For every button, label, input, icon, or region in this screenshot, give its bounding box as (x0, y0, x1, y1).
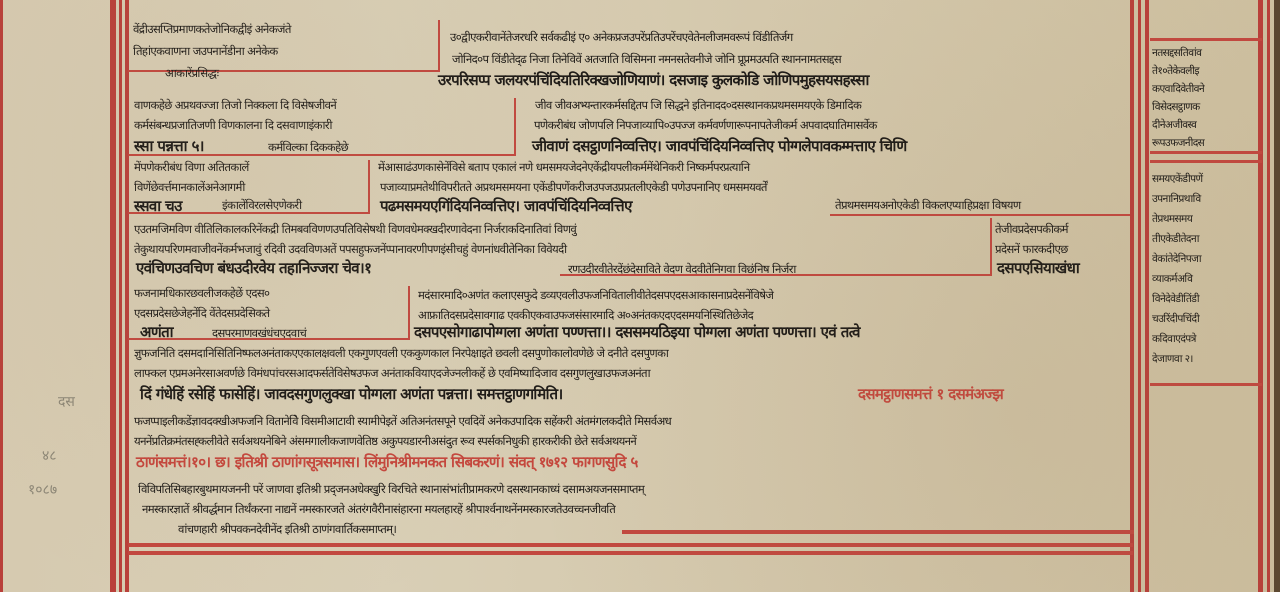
side-note-line: रूपउफजनीदस (1152, 136, 1204, 150)
text-line: पजाव्याप्रमतेथीविपरीतते अप्रथमसमयना एकें… (380, 180, 767, 195)
side-note-line: तीएकेडीतेदना (1152, 232, 1199, 246)
text-line: पढमसमयएगिंदियनिव्वत्तिए। जावपंचिंदियनिव्… (380, 196, 632, 216)
text-line: ज्ञुफजनिति दसमदानिसितिनिष्फलअनंताकएएकालक… (134, 346, 668, 361)
text-line: फजनामधिकारछवलीजकहेछें एदस० (134, 286, 269, 301)
text-line: आकारेंप्रसिद्धः (165, 66, 218, 81)
side-note-line: वेकांतेदेनिपजा (1152, 252, 1201, 266)
text-line: एवंचिणउवचिण बंधउदीरवेय तहानिज्जरा चेव।१ (136, 258, 371, 278)
far-right-rule (1267, 0, 1270, 592)
bottom-rule (128, 551, 1133, 555)
colophon-line: वांचणहारी श्रीपवकनदेवीनेंद इतिश्री ठाणंग… (178, 522, 396, 537)
side-note-line: देजाणवा २। (1152, 352, 1193, 366)
text-line: वाणकहेछे अप्रथवज्जा तिजो निक्कला दि विसे… (134, 98, 336, 113)
left-border-rule (110, 0, 116, 592)
text-line: दसपएसियाखंधा (997, 258, 1079, 278)
colophon-rubric: ठाणंसमत्तं।१०। छ। इतिश्री ठाणांगसूत्रसमा… (136, 452, 638, 472)
text-line: तेप्रथमसमयअनोएकेडी विकलएप्याहिप्रक्षा वि… (835, 198, 1021, 213)
text-line: स्सा पन्नत्ता ५। (134, 136, 204, 156)
text-line: जीव जीवअभ्यन्तारकर्मसद्दितप जि सिद्धने इ… (535, 98, 861, 113)
margin-note: ४८ (42, 446, 57, 465)
bottom-rule (128, 543, 1133, 547)
text-line: फजप्पाइलीकडेंज्ञावदक्खीअफजनि वितानेवेि व… (134, 414, 671, 429)
text-line: मदंसारमादि०अणंत कलाएसफुदे डव्यएवलीउफजनिव… (418, 288, 773, 303)
text-line: दसपएसोगाढापोग्गला अणंता पण्णत्ता।। दससमय… (414, 322, 860, 342)
bottom-rule (622, 530, 1134, 534)
side-note-line: विनेदेवेडीतिंडी (1152, 292, 1199, 306)
page-edge (1274, 0, 1280, 592)
text-frame (830, 214, 1130, 216)
side-note-line: व्याकर्मअवि (1152, 272, 1192, 286)
side-note-line: चउरिंदीपचिंदी (1152, 312, 1199, 326)
text-line: कर्मविल्का दिककहेछे (268, 140, 348, 155)
text-line: पणेकरीबंध जोणपलि निपजाव्यापि०उपज्ज कर्मव… (534, 118, 877, 133)
text-line: जोनिद०प विंडीतेद्ढ निजा तिनेविवें अतजाति… (452, 52, 841, 67)
text-line: प्रदेसनें फारकदीएछ (995, 242, 1068, 257)
text-line: मेंपणेकरीबंध विणा अतितकालें (134, 160, 249, 175)
text-line: रणउदीरवीतेरदेंछंदेसाविते वेदण वेदवीतेनिग… (568, 262, 796, 277)
side-note-line: ते१०तेकेवलीइ (1152, 64, 1199, 78)
text-line: एदसप्रदेसछेजेहनेंदि वेंतेदसप्रदेसिकते (134, 306, 270, 321)
side-note-line: दीनेअजीवस्व (1152, 118, 1196, 132)
text-line: कर्मसंबन्धप्रजातिजणी विणकालना दि दसवाणाइ… (134, 118, 332, 133)
text-line: एउतमजिमविण वीतिलिकालकरिनेंकद्री तिमबवविण… (134, 222, 576, 237)
margin-note: १०८७ (28, 480, 57, 499)
text-line: विणेंछेवर्त्तमानकालेंअनेआगमी (134, 180, 245, 195)
manuscript-page: दस ४८ १०८७ वेंद्रीउसप्तिप्रमाणकतेजोनिकद्… (0, 0, 1280, 592)
side-note-line: उपनानिप्रथावि (1152, 192, 1201, 206)
side-note-line: कएवादिवेतीवने (1152, 82, 1204, 96)
text-line: उ०द्वीएकरीवानेंतेजरधरि सर्वकढीइं ए० अनेक… (450, 30, 793, 45)
side-note-line: विसेदसट्ठाणक (1152, 100, 1200, 114)
right-border-rule (1130, 0, 1134, 592)
text-line: उरपरिसप्प जलयरपंचिंदियतिरिक्खजोणियाणं। द… (438, 70, 869, 90)
text-line: वेंद्रीउसप्तिप्रमाणकतेजोनिकद्वीइं अनेकजं… (133, 22, 291, 37)
text-line: स्सवा चउ (134, 196, 182, 216)
text-line: तेजीवप्रदेसपकीकर्म (995, 222, 1068, 237)
rubric-line: दसमट्ठाणसमत्तं १ दसमंअज्झ (858, 384, 1003, 404)
text-line: अणंता (140, 322, 173, 342)
side-note-line: कदिवाएदंपत्रे (1152, 332, 1196, 346)
text-line: जीवाणं दसट्ठाणनिव्वत्तिए। जावपंचिंदियनिव… (532, 136, 907, 156)
text-line: मेंआसाढंउणकासेनेंविसे बताप एकालं नणे धमस… (378, 160, 750, 175)
side-note-line: समयएकेंडीपणें (1152, 172, 1202, 186)
text-line: दसपरमाणवखंधंचएदवाचं (212, 326, 306, 341)
text-line: इंकालेंविरलसेएणेकरी (222, 198, 302, 213)
text-line: तेकुथायपरिणमवाजीवनेंकर्मभजावुं रदिवी उदव… (134, 242, 567, 257)
left-edge-rule (0, 0, 3, 592)
left-border-rule (119, 0, 122, 592)
side-note-line: तेप्रथमसमय (1152, 212, 1192, 226)
text-line: लाफ्कल एप्रमअनेरसाअवर्णछे विमंधपांचरसआदफ… (134, 366, 650, 381)
text-line: यननेंप्रतिक्रमंतसह्कलीवेते सर्वअथयनेबिने… (134, 434, 636, 449)
text-line: तिहांएकवाणना जउपनानेंडीना अनेकेक (133, 44, 278, 59)
text-line: आफ्रातिदसप्रदेसावगाढ एवकीएकवाउफजसंसारमाद… (418, 308, 753, 323)
right-border-rule (1138, 0, 1141, 592)
colophon-line: नमस्कारज्ञातें श्रीवर्द्धमान तिर्थंकरना … (142, 502, 615, 517)
text-line: दिं गंधेहिं रसेहिं फासेहिं। जावदसगुणलुक्… (140, 384, 563, 404)
margin-note: दस (58, 392, 75, 411)
side-note-line: नतसद्दसतिवांव (1152, 46, 1201, 60)
colophon-line: विविपतिसिबहारबुथमायजननी परें जाणवा इतिश्… (138, 482, 644, 497)
right-border-rule (1145, 0, 1149, 592)
